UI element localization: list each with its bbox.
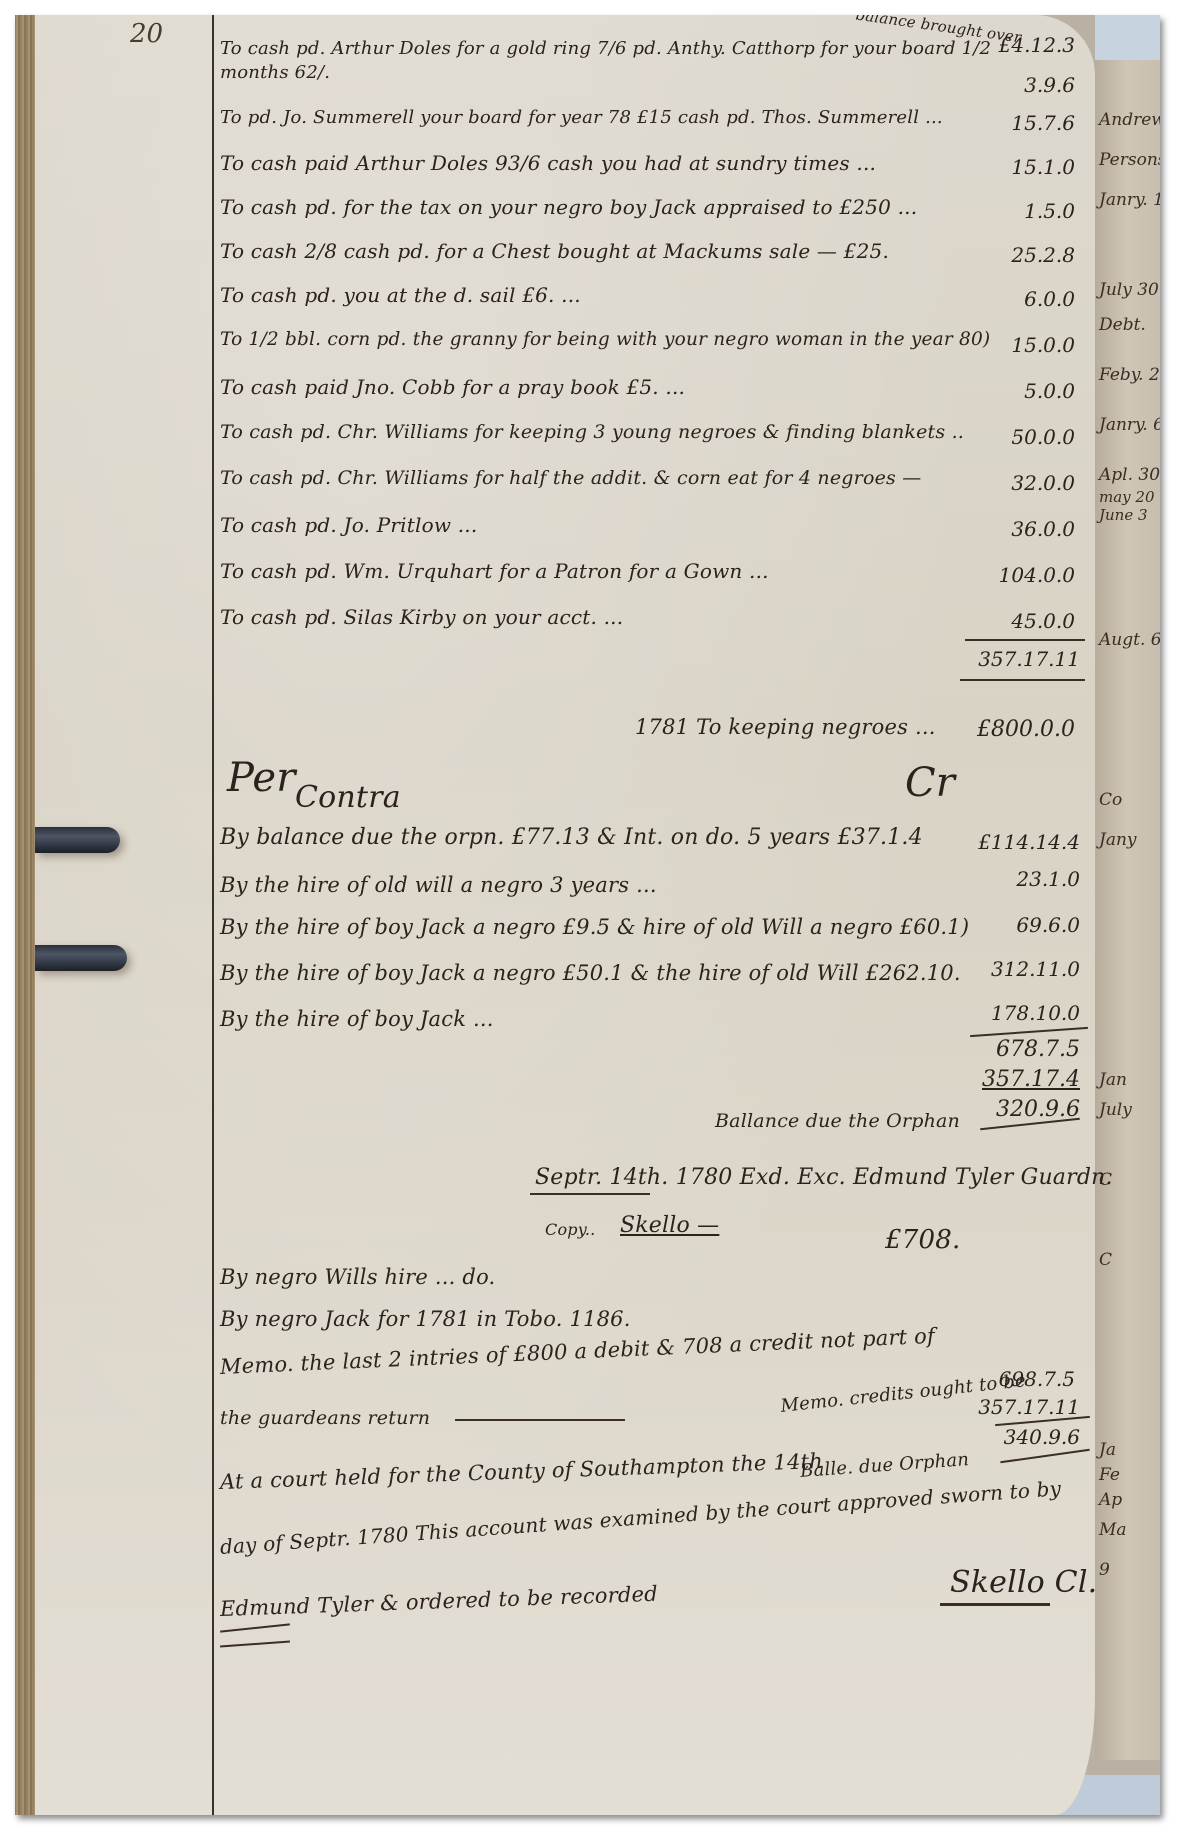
- sum-rule: [1000, 1449, 1089, 1464]
- court-record-line: Edmund Tyler & ordered to be recorded: [220, 1582, 659, 1621]
- signature-flourish: [940, 1603, 1050, 1606]
- memo-figure: 357.17.11: [940, 1395, 1080, 1419]
- adjacent-note: Jan: [1099, 1070, 1127, 1090]
- adjacent-note: Apl. 30: [1099, 465, 1160, 485]
- credit-amount: 23.1.0: [940, 867, 1080, 891]
- adjacent-note: Fe: [1099, 1465, 1120, 1485]
- memo-line: Memo. the last 2 intries of £800 a debit…: [219, 1324, 935, 1379]
- adjacent-note: 9: [1099, 1560, 1110, 1580]
- folio-number: 20: [130, 19, 163, 49]
- debit-amount: 15.0.0: [935, 333, 1075, 357]
- debit-amount: 50.0.0: [935, 425, 1075, 449]
- credit-entry: By the hire of boy Jack a negro £50.1 & …: [220, 961, 961, 985]
- debit-entry: To cash paid Jno. Cobb for a pray book £…: [220, 375, 685, 399]
- additional-entry: By negro Wills hire ... do.: [220, 1265, 495, 1289]
- adjacent-note: July: [1099, 1100, 1132, 1120]
- underline: [220, 1641, 290, 1648]
- contra-prefix: Per: [227, 755, 296, 801]
- ledger-page: 20 balance brought over £4.12.3 To cash …: [35, 15, 1095, 1815]
- adjacent-note: Ja: [1099, 1440, 1116, 1460]
- adjacent-note: Andrews: [1099, 110, 1160, 130]
- amount-708: £708.: [885, 1225, 960, 1255]
- binder-ring-icon: [35, 827, 120, 853]
- credit-amount: £114.14.4: [940, 830, 1080, 854]
- debit-entry: To cash pd. Arthur Doles for a gold ring…: [220, 37, 1000, 85]
- debit-entry: To cash pd. Jo. Pritlow ...: [220, 513, 477, 537]
- debit-amount: 36.0.0: [935, 517, 1075, 541]
- credit-balance: 320.9.6: [940, 1097, 1080, 1122]
- debit-entry: To cash 2/8 cash pd. for a Chest bought …: [220, 239, 889, 263]
- adjacent-note: Debt.: [1099, 315, 1146, 335]
- adjacent-note: may 20: [1099, 488, 1155, 506]
- contra-heading: Contra: [295, 780, 401, 815]
- credit-amount: 69.6.0: [940, 913, 1080, 937]
- ledger-photo: Andrews Persons Janry. 15th. July 30 Deb…: [15, 15, 1160, 1815]
- debit-entry: To cash pd. you at the d. sail £6. ...: [220, 283, 581, 307]
- contra-suffix: Cr: [905, 760, 955, 806]
- debit-amount: 5.0.0: [935, 379, 1075, 403]
- debit-amount: 15.7.6: [935, 111, 1075, 135]
- credit-less: 357.17.4: [940, 1067, 1080, 1092]
- debit-amount: 15.1.0: [935, 155, 1075, 179]
- credit-entry: By the hire of boy Jack ...: [220, 1007, 494, 1031]
- debit-amount: 104.0.0: [935, 563, 1075, 587]
- additional-entry: By negro Jack for 1781 in Tobo. 1186.: [220, 1307, 631, 1331]
- copy-label: Copy..: [545, 1220, 595, 1239]
- adjacent-page: Andrews Persons Janry. 15th. July 30 Deb…: [1095, 60, 1160, 1760]
- attestation-line: Septr. 14th. 1780 Exd. Exc. Edmund Tyler…: [535, 1165, 1113, 1190]
- credit-amount: 178.10.0: [940, 1001, 1080, 1025]
- underline: [220, 1623, 290, 1632]
- adjacent-note: Ap: [1099, 1490, 1122, 1510]
- memo-line: the guardeans return: [220, 1407, 430, 1429]
- debit-entry: To 1/2 bbl. corn pd. the granny for bein…: [220, 329, 990, 350]
- debit-amount: 45.0.0: [935, 609, 1075, 633]
- memo-rule: [455, 1419, 625, 1421]
- adjacent-note: Persons: [1099, 150, 1160, 170]
- adjacent-note: Janry. 6: [1099, 415, 1160, 435]
- debit-entry: To cash pd. Chr. Williams for half the a…: [220, 467, 921, 489]
- credit-amount: 312.11.0: [940, 957, 1080, 981]
- debit-amount: 25.2.8: [935, 243, 1075, 267]
- credit-entry: By balance due the orpn. £77.13 & Int. o…: [220, 825, 923, 850]
- keeping-negroes-amount: £800.0.0: [935, 717, 1075, 742]
- memo-figure: 340.9.6: [940, 1425, 1080, 1449]
- adjacent-note: July 30: [1099, 280, 1159, 300]
- margin-rule: [212, 15, 214, 1815]
- adjacent-note: C: [1099, 1250, 1112, 1270]
- debit-entry: To cash pd. Wm. Urquhart for a Patron fo…: [220, 559, 769, 583]
- adjacent-note: Janry. 15th.: [1099, 190, 1160, 210]
- adjacent-note: Feby. 21st.: [1099, 365, 1160, 385]
- adjacent-note: June 3: [1099, 506, 1148, 524]
- debit-amount: 1.5.0: [935, 199, 1075, 223]
- debit-total: 357.17.11: [940, 647, 1080, 671]
- debit-entry: To cash pd. Chr. Williams for keeping 3 …: [220, 421, 964, 443]
- court-record-line: At a court held for the County of Southa…: [220, 1449, 824, 1494]
- adjacent-note: Augt. 6: [1099, 630, 1160, 650]
- memo-figure: 698.7.5: [935, 1367, 1075, 1391]
- copy-signature: Skello —: [620, 1213, 719, 1238]
- book-spine-edge: [15, 15, 35, 1815]
- binder-ring-icon: [35, 945, 127, 971]
- underline: [530, 1193, 650, 1195]
- credit-entry: By the hire of boy Jack a negro £9.5 & h…: [220, 915, 969, 939]
- sum-rule: [970, 1027, 1088, 1037]
- debit-entry: To cash pd. for the tax on your negro bo…: [220, 195, 917, 219]
- clerk-signature: Skello Cl.: [950, 1565, 1097, 1600]
- debit-amount: 32.0.0: [935, 471, 1075, 495]
- balance-due-label: Ballance due the Orphan: [715, 1110, 960, 1132]
- memo-balance-label: Balle. due Orphan: [799, 1449, 969, 1482]
- credit-entry: By the hire of old will a negro 3 years …: [220, 873, 657, 897]
- debit-amount: 6.0.0: [935, 287, 1075, 311]
- sum-rule: [960, 679, 1085, 681]
- debit-entry: To pd. Jo. Summerell your board for year…: [220, 107, 943, 128]
- credit-total: 678.7.5: [940, 1037, 1080, 1062]
- debit-amount: 3.9.6: [935, 73, 1075, 97]
- debit-entry: To cash pd. Silas Kirby on your acct. ..…: [220, 605, 623, 629]
- debit-entry: To cash paid Arthur Doles 93/6 cash you …: [220, 151, 876, 175]
- adjacent-note: Jany: [1099, 830, 1137, 850]
- adjacent-note: Co: [1099, 790, 1122, 810]
- adjacent-note: Ma: [1099, 1520, 1127, 1540]
- keeping-negroes-entry: 1781 To keeping negroes ...: [635, 715, 936, 739]
- sum-rule: [965, 639, 1085, 641]
